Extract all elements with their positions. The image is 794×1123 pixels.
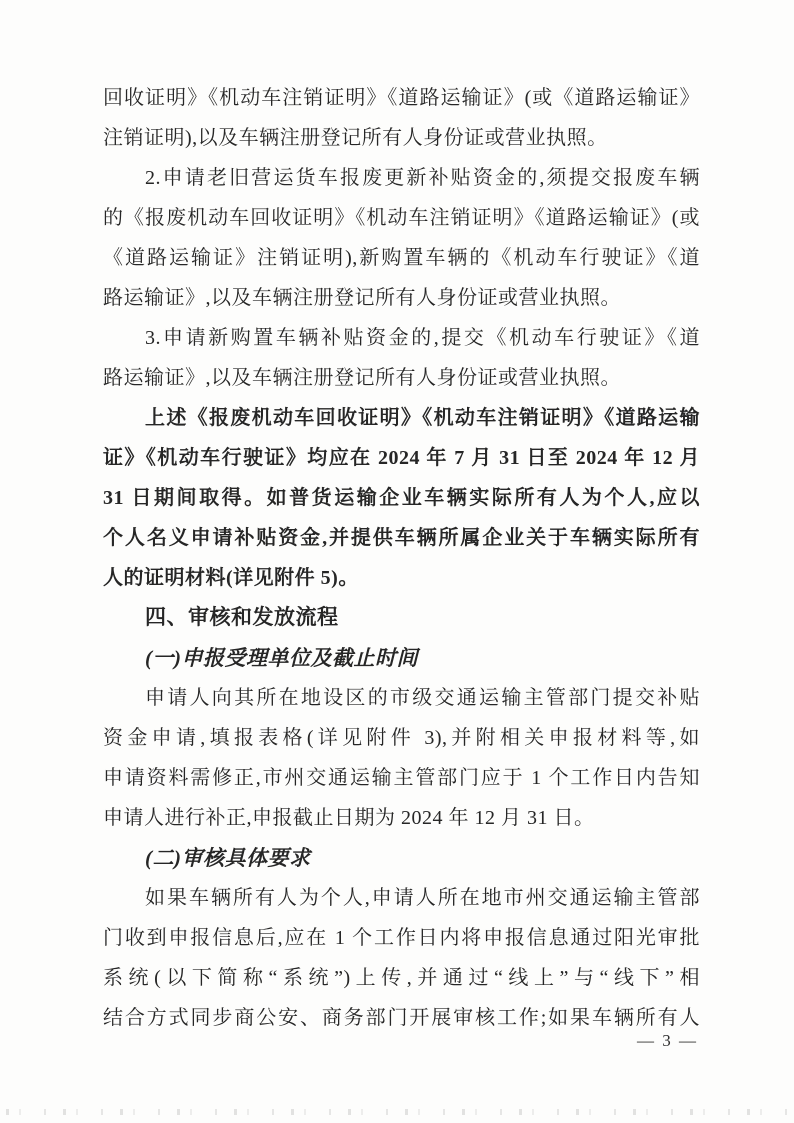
text-line-emphasis: 个人名义申请补贴资金,并提供车辆所属企业关于车辆实际所有 — [103, 518, 700, 558]
text-line: 申请人进行补正,申报截止日期为 2024 年 12 月 31 日。 — [103, 798, 700, 838]
page-number: — 3 — — [637, 1026, 698, 1056]
text-line: 申请资料需修正,市州交通运输主管部门应于 1 个工作日内告知 — [103, 758, 700, 798]
text-line: 《道路运输证》注销证明),新购置车辆的《机动车行驶证》《道 — [103, 238, 700, 278]
text-line: 注销证明),以及车辆注册登记所有人身份证或营业执照。 — [103, 118, 700, 158]
text-line-emphasis: 证》《机动车行驶证》均应在 2024 年 7 月 31 日至 2024 年 12… — [103, 438, 700, 478]
text-line: 的《报废机动车回收证明》《机动车注销证明》《道路运输证》(或 — [103, 198, 700, 238]
text-line: 路运输证》,以及车辆注册登记所有人身份证或营业执照。 — [103, 278, 700, 318]
text-line: 系统(以下简称“系统”)上传,并通过“线上”与“线下”相 — [103, 958, 700, 998]
text-line-emphasis: 上述《报废机动车回收证明》《机动车注销证明》《道路运输 — [103, 398, 700, 438]
text-line: 结合方式同步商公安、商务部门开展审核工作;如果车辆所有人 — [103, 998, 700, 1038]
text-line: 资金申请,填报表格(详见附件 3),并附相关申报材料等,如 — [103, 718, 700, 758]
text-line: 回收证明》《机动车注销证明》《道路运输证》(或《道路运输证》 — [103, 78, 700, 118]
text-line: 如果车辆所有人为个人,申请人所在地市州交通运输主管部 — [103, 878, 700, 918]
text-line-emphasis: 31 日期间取得。如普货运输企业车辆实际所有人为个人,应以 — [103, 478, 700, 518]
text-line: 2.申请老旧营运货车报废更新补贴资金的,须提交报废车辆 — [103, 158, 700, 198]
subsection-heading: (二)审核具体要求 — [103, 838, 700, 878]
text-line-emphasis: 人的证明材料(详见附件 5)。 — [103, 558, 700, 598]
section-heading: 四、审核和发放流程 — [103, 598, 700, 638]
text-line: 门收到申报信息后,应在 1 个工作日内将申报信息通过阳光审批 — [103, 918, 700, 958]
text-line: 3.申请新购置车辆补贴资金的,提交《机动车行驶证》《道 — [103, 318, 700, 358]
subsection-heading: (一)申报受理单位及截止时间 — [103, 638, 700, 678]
document-body: 回收证明》《机动车注销证明》《道路运输证》(或《道路运输证》 注销证明),以及车… — [103, 78, 700, 1038]
scan-noise-strip — [6, 1109, 790, 1115]
text-line: 路运输证》,以及车辆注册登记所有人身份证或营业执照。 — [103, 358, 700, 398]
document-page: 回收证明》《机动车注销证明》《道路运输证》(或《道路运输证》 注销证明),以及车… — [0, 0, 794, 1123]
text-line: 申请人向其所在地设区的市级交通运输主管部门提交补贴 — [103, 678, 700, 718]
